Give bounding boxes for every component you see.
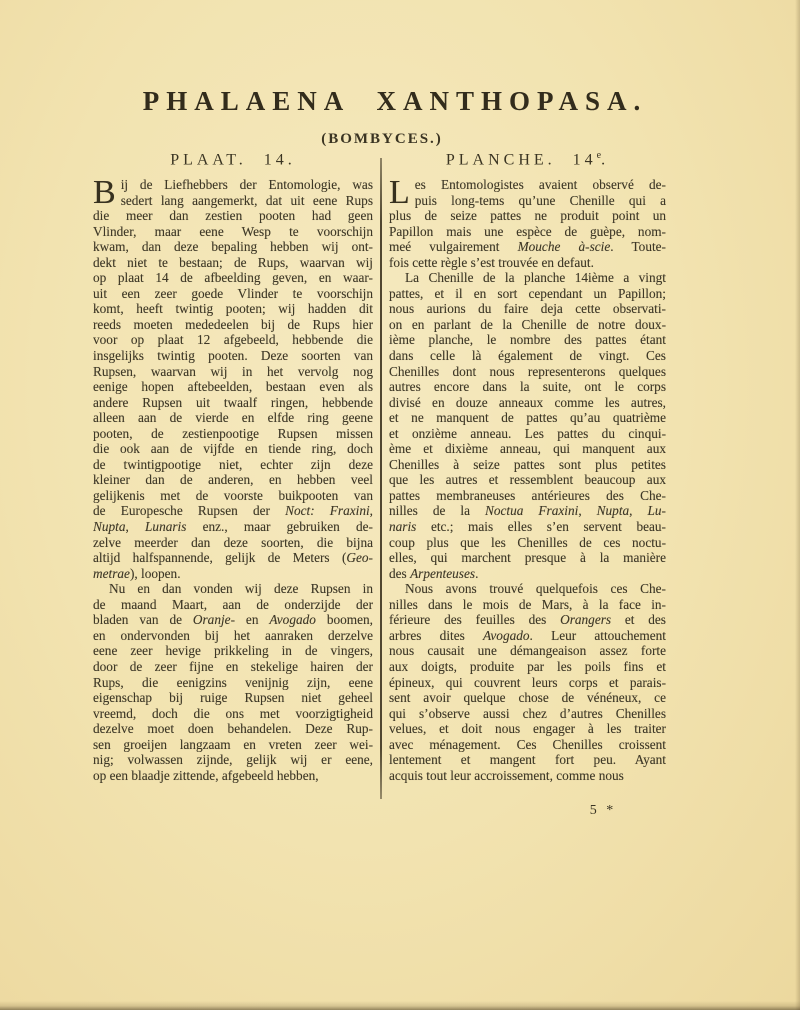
- text-line: ème et dixième anneau, qui manquent aux: [389, 441, 666, 457]
- text-line: plus de seize pattes ne produit point un: [389, 208, 666, 224]
- text-line: nous causait une démangeaison assez fort…: [389, 643, 666, 659]
- text-line: Chenilles à seize pattes sont plus petit…: [389, 457, 666, 473]
- column-heading-left-text: PLAAT. 14.: [170, 151, 296, 168]
- column-divider-rule: [380, 158, 382, 799]
- text-line: nig; volwassen zijnde, gelijk wij er een…: [93, 752, 373, 768]
- text-line: insgelijks twintig pooten. Deze soorten …: [93, 348, 373, 364]
- text-line: Nous avons trouvé quelquefois ces Che-: [389, 581, 666, 597]
- column-heading-right-tail: .: [601, 151, 609, 168]
- text-line: coup plus que les Chenilles de ces noctu…: [389, 535, 666, 551]
- text-line: pattes, et il en sort cependant un Papil…: [389, 286, 666, 302]
- text-line: die ook aan de vijfde en tiende ring, do…: [93, 441, 373, 457]
- right-column-text: L es Entomologistes avaient observé de-p…: [389, 177, 666, 783]
- text-line: op plaat 14 de afbeelding geven, en waar…: [93, 270, 373, 286]
- text-line: metrae), loopen.: [93, 566, 373, 582]
- text-line: en ondervonden bij het aanraken derzelve: [93, 628, 373, 644]
- text-line: et ne manquent de pattes qu’au quatrième: [389, 410, 666, 426]
- text-line: et onzième anneau. Les pattes du cinqui-: [389, 426, 666, 442]
- text-line: elles, qui marchent presque à la manière: [389, 550, 666, 566]
- text-line: arbres dites Avogado. Leur attouchement: [389, 628, 666, 644]
- page-subtitle: (BOMBYCES.): [0, 131, 782, 148]
- column-heading-left: PLAAT. 14.: [93, 150, 373, 169]
- text-line: de maand Maart, aan de onderzijde der: [93, 597, 373, 613]
- drop-cap: B: [93, 177, 121, 207]
- text-line: Rups, die eenigzins venijnig zijn, eene: [93, 675, 373, 691]
- text-line: Papillon mais une espèce de guèpe, nom-: [389, 224, 666, 240]
- text-line: alleen aan de vierde en elfde ring geene: [93, 410, 373, 426]
- text-line: de twintigpootige niet, echter zijn deze: [93, 457, 373, 473]
- text-line: autres encore dans la suite, ont le corp…: [389, 379, 666, 395]
- text-line: die meer dan zestien pooten had geen: [93, 208, 373, 224]
- text-line: op een blaadje zittende, afgebeeld hebbe…: [93, 768, 373, 784]
- text-line: que les autres et ressemblent beaucoup a…: [389, 472, 666, 488]
- text-line: qui s’observe aussi chez d’autres Chenil…: [389, 706, 666, 722]
- text-line: bladen van de Oranje- en Avogado boomen,: [93, 612, 373, 628]
- text-line: eigenschap bij ruige Rupsen niet geheel: [93, 690, 373, 706]
- text-line: nilles dans le mois de Mars, à la face i…: [389, 597, 666, 613]
- text-line: eenige hopen aftebeelden, bestaan even a…: [93, 379, 373, 395]
- text-line: Nu en dan vonden wij deze Rupsen in: [93, 581, 373, 597]
- text-line: Vlinder, maar eene Wesp te voorschijn: [93, 224, 373, 240]
- text-line: on en parlant de la Chenille de notre do…: [389, 317, 666, 333]
- text-line: eene zeer hevige prikkeling in de vinger…: [93, 643, 373, 659]
- left-column-text: B ij de Liefhebbers der Entomologie, was…: [93, 177, 373, 783]
- text-line: uit een zeer goede Vlinder te voorschijn: [93, 286, 373, 302]
- text-line: de Europesche Rupsen der Noct: Fraxini,: [93, 503, 373, 519]
- text-line: vreemd, doch die ons met voorzigtigheid: [93, 706, 373, 722]
- text-line: dezelve moet doen behandelen. Deze Rup-: [93, 721, 373, 737]
- text-line: ième planche, le nombre des pattes étant: [389, 332, 666, 348]
- text-line: sen groeijen langzaam en vreten zeer wei…: [93, 737, 373, 753]
- text-line: sedert lang aangemerkt, dat uit eene Rup…: [121, 193, 373, 209]
- scan-edge-right: [795, 0, 800, 1010]
- text-line: fois cette règle s’est trouvée en defaut…: [389, 255, 666, 271]
- text-line: gelijkenis met de voorste buikpooten van: [93, 488, 373, 504]
- signature-mark: 5 *: [558, 803, 648, 819]
- text-line: altijd halfspannende, gelijk de Meters (…: [93, 550, 373, 566]
- text-line: meé vulgairement Mouche à-scie. Toute-: [389, 239, 666, 255]
- text-line: pooten, de zestienpootige Rupsen missen: [93, 426, 373, 442]
- text-line: door de zeer fijne en stekelige hairen d…: [93, 659, 373, 675]
- column-heading-right-text: PLANCHE. 14: [446, 151, 597, 168]
- text-line: andere Rupsen uit twaalf ringen, hebbend…: [93, 395, 373, 411]
- text-line: naris etc.; mais elles s’en servent beau…: [389, 519, 666, 535]
- text-line: épineux, qui couvrent leurs corps et par…: [389, 675, 666, 691]
- text-line: lentement et mangent fort peu. Ayant: [389, 752, 666, 768]
- text-line: pattes membraneuses antérieures des Che-: [389, 488, 666, 504]
- text-line: Chenilles dont nous representerons quelq…: [389, 364, 666, 380]
- text-line: kwam, dan deze bepaling hebben wij ont-: [93, 239, 373, 255]
- text-line: zelve meerder dan deze soorten, die bijn…: [93, 535, 373, 551]
- text-line: acquis tout leur accroissement, comme no…: [389, 768, 666, 784]
- text-line: avec ménagement. Ces Chenilles croissent: [389, 737, 666, 753]
- text-line: es Entomologistes avaient observé de-: [415, 177, 666, 193]
- book-page: PHALAENA XANTHOPASA. (BOMBYCES.) PLAAT. …: [0, 0, 800, 1010]
- drop-cap: L: [389, 177, 415, 207]
- text-line: nous aurions du faire deja cette observa…: [389, 301, 666, 317]
- text-line: sent avoir quelque chose de vénéneux, ce: [389, 690, 666, 706]
- text-line: des Arpenteuses.: [389, 566, 666, 582]
- text-line: dans celle là également de vingt. Ces: [389, 348, 666, 364]
- text-line: reeds moeten mededeelen bij de Rups hier: [93, 317, 373, 333]
- text-line: puis long-tems qu’une Chenille qui a: [415, 193, 666, 209]
- text-line: velues, et doit nous engager à les trait…: [389, 721, 666, 737]
- text-line: ij de Liefhebbers der Entomologie, was: [121, 177, 373, 193]
- column-heading-right: PLANCHE. 14e.: [389, 150, 666, 169]
- page-title: PHALAENA XANTHOPASA.: [0, 86, 795, 117]
- text-line: aux doigts, produite par les poils fins …: [389, 659, 666, 675]
- text-line: Nupta, Lunaris enz., maar gebruiken de-: [93, 519, 373, 535]
- text-line: nilles de la Noctua Fraxini, Nupta, Lu-: [389, 503, 666, 519]
- text-line: Rupsen, waarvan wij in het vervolg nog: [93, 364, 373, 380]
- text-line: La Chenille de la planche 14ième a vingt: [389, 270, 666, 286]
- text-line: dekt niet te bestaan; de Rups, waarvan w…: [93, 255, 373, 271]
- scan-edge-bottom: [0, 1001, 800, 1010]
- text-line: férieure des feuilles des Orangers et de…: [389, 612, 666, 628]
- text-line: voor op plaat 12 afgebeeld, hebbende die: [93, 332, 373, 348]
- text-line: kleiner dan de anderen, en hebben veel: [93, 472, 373, 488]
- text-line: komt, heeft twintig pooten; wij hadden d…: [93, 301, 373, 317]
- text-line: divisé en douze anneaux comme les autres…: [389, 395, 666, 411]
